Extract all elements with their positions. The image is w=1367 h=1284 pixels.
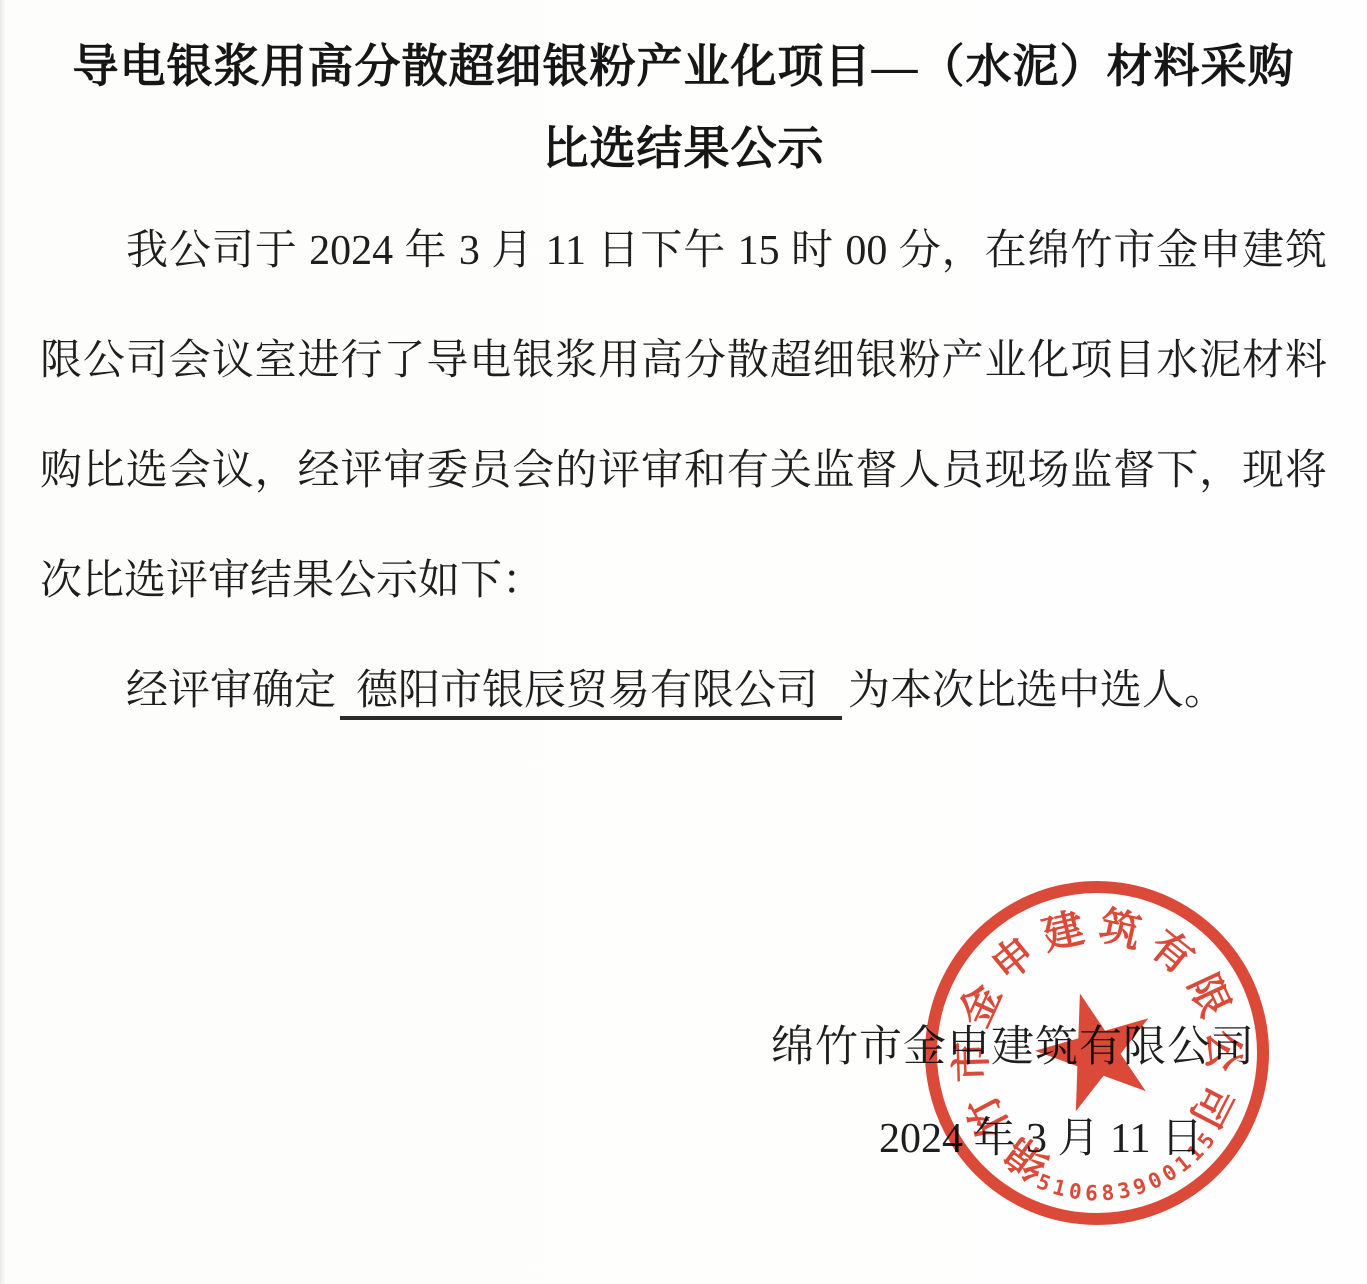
company-seal: 绵竹市金申建筑有限公司 5106839001150 [917,873,1277,1233]
document-body: 我公司于 2024 年 3 月 11 日下午 15 时 00 分，在绵竹市金申建… [40,196,1327,746]
scanned-document-page: 导电银浆用高分散超细银粉产业化项目—（水泥）材料采购 比选结果公示 我公司于 2… [0,0,1367,1284]
body-line: 我公司于 2024 年 3 月 11 日下午 15 时 00 分，在绵竹市金申建… [40,196,1327,306]
body-line: 限公司会议室进行了导电银浆用高分散超细银粉产业化项目水泥材料采 [40,306,1327,416]
winner-company-name: 德阳市银辰贸易有限公司 [340,668,842,720]
title-line-2: 比选结果公示 [40,108,1327,190]
body-line: 次比选评审结果公示如下： [40,526,1327,636]
winner-line-suffix: 为本次比选中选人。 [848,668,1226,714]
body-line: 购比选会议，经评审委员会的评审和有关监督人员现场监督下，现将本 [40,416,1327,526]
title-line-1: 导电银浆用高分散超细银粉产业化项目—（水泥）材料采购 [40,26,1327,108]
document-title: 导电银浆用高分散超细银粉产业化项目—（水泥）材料采购 比选结果公示 [40,26,1327,190]
seal-star-icon [1023,977,1167,1117]
winner-line: 经评审确定德阳市银辰贸易有限公司为本次比选中选人。 [40,636,1327,746]
winner-line-prefix: 经评审确定 [126,668,336,714]
